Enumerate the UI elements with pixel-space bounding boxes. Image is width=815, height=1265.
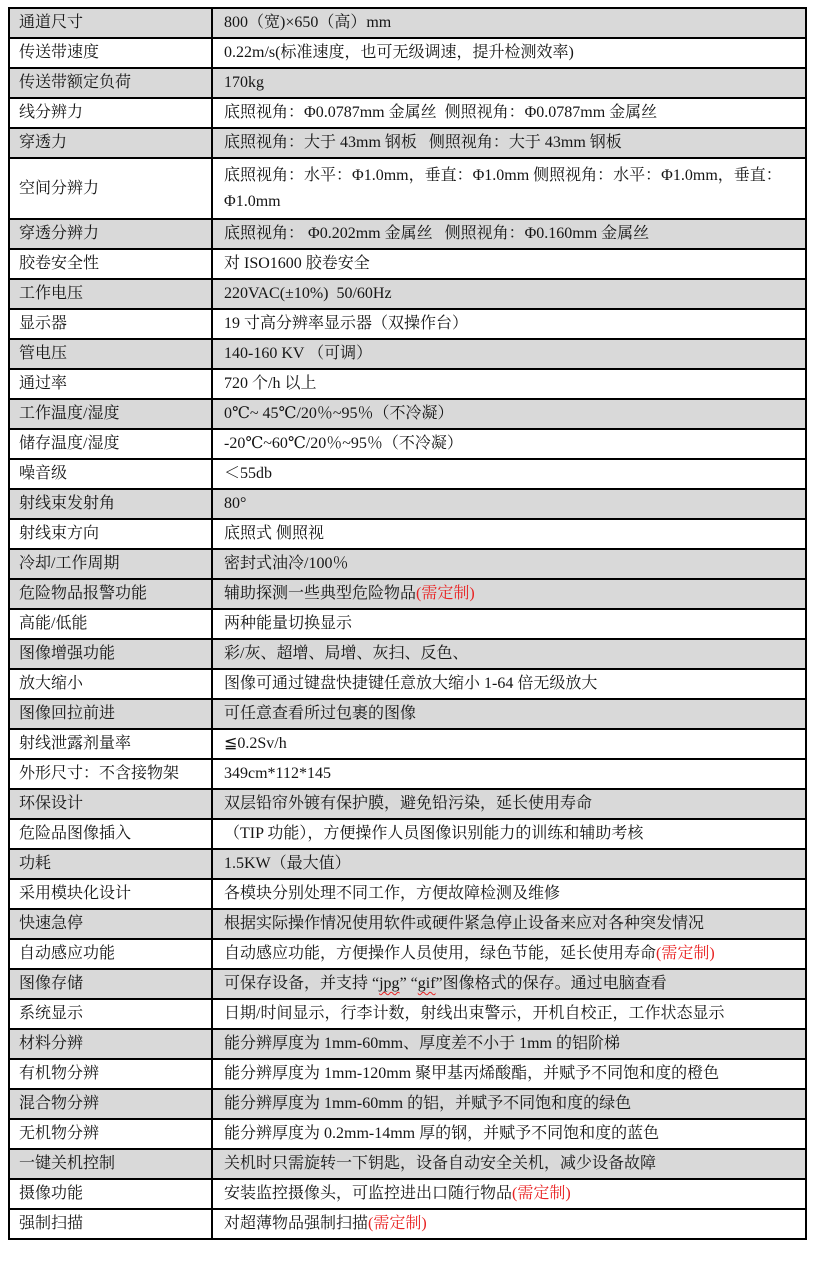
table-row: 通过率720 个/h 以上 [9, 369, 806, 399]
spec-label-cell: 系统显示 [9, 999, 212, 1029]
spec-value-text: 底照式 侧照视 [224, 525, 324, 542]
table-row: 系统显示日期/时间显示，行李计数，射线出束警示，开机自校正，工作状态显示 [9, 999, 806, 1029]
custom-required-note: (需定制) [656, 945, 715, 962]
spec-label-cell: 环保设计 [9, 789, 212, 819]
table-row: 胶卷安全性对 ISO1600 胶卷安全 [9, 249, 806, 279]
spec-value-cell: 两种能量切换显示 [212, 609, 806, 639]
spec-label-cell: 快速急停 [9, 909, 212, 939]
table-row: 传送带速度0.22m/s(标准速度，也可无级调速，提升检测效率) [9, 38, 806, 68]
spec-value-text: 220VAC(±10%) 50/60Hz [224, 285, 392, 302]
spec-label-cell: 射线束方向 [9, 519, 212, 549]
spec-label-cell: 外形尺寸：不含接物架 [9, 759, 212, 789]
table-row: 放大缩小图像可通过键盘快捷键任意放大缩小 1-64 倍无级放大 [9, 669, 806, 699]
spec-label-cell: 穿透分辨力 [9, 219, 212, 249]
spec-value-cell: 底照视角： Φ0.202mm 金属丝 侧照视角：Φ0.160mm 金属丝 [212, 219, 806, 249]
spec-value-cell: 底照视角：水平：Φ1.0mm，垂直：Φ1.0mm 侧照视角：水平：Φ1.0mm，… [212, 158, 806, 219]
spec-value-cell: 140-160 KV （可调） [212, 339, 806, 369]
spec-value-text: 可保存设备，并支持 “ [224, 975, 379, 992]
table-row: 危险物品报警功能辅助探测一些典型危险物品(需定制) [9, 579, 806, 609]
table-row: 无机物分辨能分辨厚度为 0.2mm-14mm 厚的钢，并赋予不同饱和度的蓝色 [9, 1119, 806, 1149]
spec-value-text: ＜55db [224, 465, 272, 482]
spec-value-text: 对 ISO1600 胶卷安全 [224, 255, 370, 272]
spec-value-text: 双层铅帘外镀有保护膜，避免铅污染，延长使用寿命 [224, 795, 592, 812]
table-row: 射线束方向底照式 侧照视 [9, 519, 806, 549]
table-row: 图像增强功能彩/灰、超增、局增、灰扫、反色、 [9, 639, 806, 669]
table-row: 混合物分辨能分辨厚度为 1mm-60mm 的铝，并赋予不同饱和度的绿色 [9, 1089, 806, 1119]
spellcheck-flagged-word: jpg [379, 975, 399, 992]
spec-label-cell: 有机物分辨 [9, 1059, 212, 1089]
spec-value-cell: ≦0.2Sv/h [212, 729, 806, 759]
spec-value-text: （TIP 功能），方便操作人员图像识别能力的训练和辅助考核 [224, 825, 643, 842]
spec-label-cell: 无机物分辨 [9, 1119, 212, 1149]
spec-value-text: 能分辨厚度为 1mm-120mm 聚甲基丙烯酸酯，并赋予不同饱和度的橙色 [224, 1065, 719, 1082]
spec-value-cell: 1.5KW（最大值） [212, 849, 806, 879]
spec-value-cell: 各模块分别处理不同工作，方便故障检测及维修 [212, 879, 806, 909]
spec-value-text: 安装监控摄像头，可监控进出口随行物品 [224, 1185, 512, 1202]
table-row: 穿透力底照视角：大于 43mm 钢板 侧照视角：大于 43mm 钢板 [9, 128, 806, 158]
spec-value-text: 能分辨厚度为 1mm-60mm 的铝，并赋予不同饱和度的绿色 [224, 1095, 631, 1112]
spec-label-cell: 图像增强功能 [9, 639, 212, 669]
spec-value-cell: 底照视角：Φ0.0787mm 金属丝 侧照视角：Φ0.0787mm 金属丝 [212, 98, 806, 128]
table-row: 材料分辨能分辨厚度为 1mm-60mm、厚度差不小于 1mm 的铝阶梯 [9, 1029, 806, 1059]
spec-label-cell: 强制扫描 [9, 1209, 212, 1239]
spec-label-cell: 危险物品报警功能 [9, 579, 212, 609]
spec-label-cell: 混合物分辨 [9, 1089, 212, 1119]
spec-value-text: 辅助探测一些典型危险物品 [224, 585, 416, 602]
spec-value-cell: 自动感应功能，方便操作人员使用，绿色节能，延长使用寿命(需定制) [212, 939, 806, 969]
table-row: 强制扫描对超薄物品强制扫描(需定制) [9, 1209, 806, 1239]
spec-value-cell: 0℃~ 45℃/20％~95％（不冷凝） [212, 399, 806, 429]
spec-value-cell: 可任意查看所过包裹的图像 [212, 699, 806, 729]
spec-value-cell: 彩/灰、超增、局增、灰扫、反色、 [212, 639, 806, 669]
spec-label-cell: 危险品图像插入 [9, 819, 212, 849]
spec-value-cell: 关机时只需旋转一下钥匙，设备自动安全关机，减少设备故障 [212, 1149, 806, 1179]
table-row: 冷却/工作周期密封式油冷/100％ [9, 549, 806, 579]
table-row: 图像存储可保存设备，并支持 “jpg” “gif”图像格式的保存。通过电脑查看 [9, 969, 806, 999]
spec-value-cell: 根据实际操作情况使用软件或硬件紧急停止设备来应对各种突发情况 [212, 909, 806, 939]
table-row: 采用模块化设计各模块分别处理不同工作，方便故障检测及维修 [9, 879, 806, 909]
spec-label-cell: 通过率 [9, 369, 212, 399]
table-row: 通道尺寸800（宽)×650（高）mm [9, 8, 806, 38]
spec-table: 通道尺寸800（宽)×650（高）mm传送带速度0.22m/s(标准速度，也可无… [8, 7, 807, 1240]
spec-document-page: 通道尺寸800（宽)×650（高）mm传送带速度0.22m/s(标准速度，也可无… [0, 0, 815, 1265]
spec-value-cell: 双层铅帘外镀有保护膜，避免铅污染，延长使用寿命 [212, 789, 806, 819]
table-row: 射线泄露剂量率≦0.2Sv/h [9, 729, 806, 759]
table-row: 线分辨力底照视角：Φ0.0787mm 金属丝 侧照视角：Φ0.0787mm 金属… [9, 98, 806, 128]
spec-value-text: 1.5KW（最大值） [224, 855, 351, 872]
spec-label-cell: 高能/低能 [9, 609, 212, 639]
table-row: 工作电压220VAC(±10%) 50/60Hz [9, 279, 806, 309]
spellcheck-flagged-word: gif [418, 975, 436, 992]
spec-value-cell: 349cm*112*145 [212, 759, 806, 789]
spec-value-cell: 密封式油冷/100％ [212, 549, 806, 579]
spec-value-cell: 图像可通过键盘快捷键任意放大缩小 1-64 倍无级放大 [212, 669, 806, 699]
table-row: 环保设计双层铅帘外镀有保护膜，避免铅污染，延长使用寿命 [9, 789, 806, 819]
spec-label-cell: 传送带额定负荷 [9, 68, 212, 98]
spec-label-cell: 冷却/工作周期 [9, 549, 212, 579]
spec-value-cell: 可保存设备，并支持 “jpg” “gif”图像格式的保存。通过电脑查看 [212, 969, 806, 999]
spec-value-text: 彩/灰、超增、局增、灰扫、反色、 [224, 645, 468, 662]
spec-value-cell: 能分辨厚度为 0.2mm-14mm 厚的钢，并赋予不同饱和度的蓝色 [212, 1119, 806, 1149]
spec-value-cell: 80° [212, 489, 806, 519]
spec-label-cell: 自动感应功能 [9, 939, 212, 969]
spec-value-text: ”图像格式的保存。通过电脑查看 [436, 975, 667, 992]
spec-value-text: 密封式油冷/100％ [224, 555, 348, 572]
spec-label-cell: 传送带速度 [9, 38, 212, 68]
table-row: 噪音级＜55db [9, 459, 806, 489]
spec-value-cell: 能分辨厚度为 1mm-60mm、厚度差不小于 1mm 的铝阶梯 [212, 1029, 806, 1059]
spec-label-cell: 工作温度/湿度 [9, 399, 212, 429]
spec-label-cell: 图像回拉前进 [9, 699, 212, 729]
spec-label-cell: 材料分辨 [9, 1029, 212, 1059]
spec-value-text: 720 个/h 以上 [224, 375, 316, 392]
spec-value-text: ” “ [400, 975, 418, 992]
table-row: 高能/低能两种能量切换显示 [9, 609, 806, 639]
spec-label-cell: 噪音级 [9, 459, 212, 489]
spec-label-cell: 摄像功能 [9, 1179, 212, 1209]
table-row: 摄像功能安装监控摄像头，可监控进出口随行物品(需定制) [9, 1179, 806, 1209]
spec-label-cell: 通道尺寸 [9, 8, 212, 38]
table-row: 功耗1.5KW（最大值） [9, 849, 806, 879]
spec-value-cell: 日期/时间显示，行李计数，射线出束警示，开机自校正，工作状态显示 [212, 999, 806, 1029]
spec-value-cell: 安装监控摄像头，可监控进出口随行物品(需定制) [212, 1179, 806, 1209]
spec-label-cell: 射线泄露剂量率 [9, 729, 212, 759]
spec-label-cell: 穿透力 [9, 128, 212, 158]
spec-value-text: 对超薄物品强制扫描 [224, 1215, 368, 1232]
table-row: 显示器19 寸高分辨率显示器（双操作台） [9, 309, 806, 339]
spec-value-cell: ＜55db [212, 459, 806, 489]
table-row: 有机物分辨能分辨厚度为 1mm-120mm 聚甲基丙烯酸酯，并赋予不同饱和度的橙… [9, 1059, 806, 1089]
spec-value-cell: 720 个/h 以上 [212, 369, 806, 399]
custom-required-note: (需定制) [368, 1215, 427, 1232]
spec-label-cell: 工作电压 [9, 279, 212, 309]
table-row: 管电压140-160 KV （可调） [9, 339, 806, 369]
spec-value-cell: （TIP 功能），方便操作人员图像识别能力的训练和辅助考核 [212, 819, 806, 849]
spec-value-text: 底照视角：大于 43mm 钢板 侧照视角：大于 43mm 钢板 [224, 134, 622, 151]
spec-value-cell: 170kg [212, 68, 806, 98]
spec-value-cell: 220VAC(±10%) 50/60Hz [212, 279, 806, 309]
spec-value-cell: 底照视角：大于 43mm 钢板 侧照视角：大于 43mm 钢板 [212, 128, 806, 158]
spec-value-text: 170kg [224, 74, 264, 91]
spec-value-text: 根据实际操作情况使用软件或硬件紧急停止设备来应对各种突发情况 [224, 915, 704, 932]
table-row: 传送带额定负荷170kg [9, 68, 806, 98]
spec-label-cell: 功耗 [9, 849, 212, 879]
spec-label-cell: 线分辨力 [9, 98, 212, 128]
spec-value-text: 底照视角：Φ0.0787mm 金属丝 侧照视角：Φ0.0787mm 金属丝 [224, 104, 657, 121]
spec-value-cell: 对超薄物品强制扫描(需定制) [212, 1209, 806, 1239]
table-row: 工作温度/湿度0℃~ 45℃/20％~95％（不冷凝） [9, 399, 806, 429]
spec-value-text: ≦0.2Sv/h [224, 735, 287, 752]
spec-label-cell: 采用模块化设计 [9, 879, 212, 909]
spec-value-text: 底照视角： Φ0.202mm 金属丝 侧照视角：Φ0.160mm 金属丝 [224, 225, 649, 242]
spec-label-cell: 一键关机控制 [9, 1149, 212, 1179]
spec-value-cell: 19 寸高分辨率显示器（双操作台） [212, 309, 806, 339]
spec-value-cell: -20℃~60℃/20％~95％（不冷凝） [212, 429, 806, 459]
spec-table-body: 通道尺寸800（宽)×650（高）mm传送带速度0.22m/s(标准速度，也可无… [9, 8, 806, 1239]
table-row: 穿透分辨力底照视角： Φ0.202mm 金属丝 侧照视角：Φ0.160mm 金属… [9, 219, 806, 249]
spec-value-text: 各模块分别处理不同工作，方便故障检测及维修 [224, 885, 560, 902]
table-row: 空间分辨力底照视角：水平：Φ1.0mm，垂直：Φ1.0mm 侧照视角：水平：Φ1… [9, 158, 806, 219]
spec-value-text: -20℃~60℃/20％~95％（不冷凝） [224, 435, 463, 452]
spec-label-cell: 图像存储 [9, 969, 212, 999]
table-row: 图像回拉前进可任意查看所过包裹的图像 [9, 699, 806, 729]
spec-value-cell: 辅助探测一些典型危险物品(需定制) [212, 579, 806, 609]
table-row: 自动感应功能自动感应功能，方便操作人员使用，绿色节能，延长使用寿命(需定制) [9, 939, 806, 969]
spec-value-cell: 0.22m/s(标准速度，也可无级调速，提升检测效率) [212, 38, 806, 68]
table-row: 射线束发射角80° [9, 489, 806, 519]
spec-value-text: 能分辨厚度为 1mm-60mm、厚度差不小于 1mm 的铝阶梯 [224, 1035, 620, 1052]
table-row: 外形尺寸：不含接物架349cm*112*145 [9, 759, 806, 789]
spec-value-text: 349cm*112*145 [224, 765, 331, 782]
custom-required-note: (需定制) [512, 1185, 571, 1202]
spec-label-cell: 胶卷安全性 [9, 249, 212, 279]
spec-value-text: 可任意查看所过包裹的图像 [224, 705, 416, 722]
spec-label-cell: 储存温度/湿度 [9, 429, 212, 459]
spec-value-text: 140-160 KV （可调） [224, 345, 372, 362]
spec-value-cell: 800（宽)×650（高）mm [212, 8, 806, 38]
spec-value-text: 19 寸高分辨率显示器（双操作台） [224, 315, 468, 332]
spec-value-text: 两种能量切换显示 [224, 615, 352, 632]
spec-value-text: 底照视角：水平：Φ1.0mm，垂直：Φ1.0mm 侧照视角：水平：Φ1.0mm，… [224, 167, 782, 210]
spec-label-cell: 射线束发射角 [9, 489, 212, 519]
spec-value-text: 自动感应功能，方便操作人员使用，绿色节能，延长使用寿命 [224, 945, 656, 962]
spec-value-cell: 能分辨厚度为 1mm-120mm 聚甲基丙烯酸酯，并赋予不同饱和度的橙色 [212, 1059, 806, 1089]
spec-value-cell: 能分辨厚度为 1mm-60mm 的铝，并赋予不同饱和度的绿色 [212, 1089, 806, 1119]
spec-value-cell: 底照式 侧照视 [212, 519, 806, 549]
spec-label-cell: 显示器 [9, 309, 212, 339]
spec-label-cell: 空间分辨力 [9, 158, 212, 219]
spec-value-text: 图像可通过键盘快捷键任意放大缩小 1-64 倍无级放大 [224, 675, 597, 692]
table-row: 危险品图像插入（TIP 功能），方便操作人员图像识别能力的训练和辅助考核 [9, 819, 806, 849]
spec-value-text: 日期/时间显示，行李计数，射线出束警示，开机自校正，工作状态显示 [224, 1005, 724, 1022]
spec-value-text: 关机时只需旋转一下钥匙，设备自动安全关机，减少设备故障 [224, 1155, 656, 1172]
spec-label-cell: 放大缩小 [9, 669, 212, 699]
spec-value-text: 800（宽)×650（高）mm [224, 14, 391, 31]
spec-label-cell: 管电压 [9, 339, 212, 369]
spec-value-text: 能分辨厚度为 0.2mm-14mm 厚的钢，并赋予不同饱和度的蓝色 [224, 1125, 659, 1142]
spec-value-text: 0.22m/s(标准速度，也可无级调速，提升检测效率) [224, 44, 574, 61]
spec-value-cell: 对 ISO1600 胶卷安全 [212, 249, 806, 279]
table-row: 储存温度/湿度-20℃~60℃/20％~95％（不冷凝） [9, 429, 806, 459]
spec-value-text: 80° [224, 495, 246, 512]
spec-value-text: 0℃~ 45℃/20％~95％（不冷凝） [224, 405, 454, 422]
table-row: 一键关机控制关机时只需旋转一下钥匙，设备自动安全关机，减少设备故障 [9, 1149, 806, 1179]
custom-required-note: (需定制) [416, 585, 475, 602]
table-row: 快速急停根据实际操作情况使用软件或硬件紧急停止设备来应对各种突发情况 [9, 909, 806, 939]
